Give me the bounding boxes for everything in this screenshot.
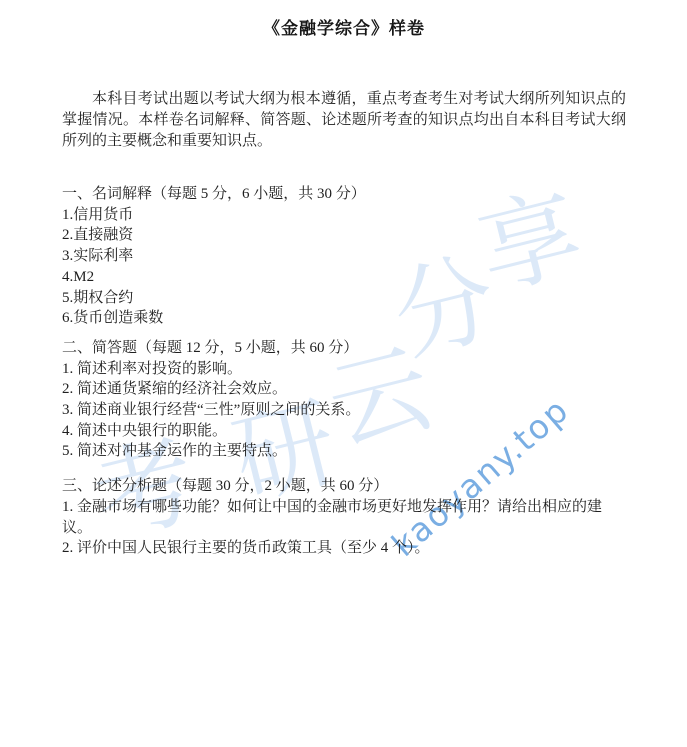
section-term-definitions: 一、名词解释（每题 5 分，6 小题，共 30 分） 1.信用货币 2.直接融资… [62,184,626,329]
question-item: 2.直接融资 [62,225,626,246]
section-essay-analysis: 三、论述分析题（每题 30 分，2 小题，共 60 分） 1. 金融市场有哪些功… [62,476,626,559]
document-page: 考 研 云 分 享 kaoyany.top 《金融学综合》样卷 本科目考试出题以… [0,0,687,747]
section-heading: 三、论述分析题（每题 30 分，2 小题，共 60 分） [62,476,626,497]
section-heading: 一、名词解释（每题 5 分，6 小题，共 30 分） [62,184,626,205]
question-item: 3.实际利率 [62,246,626,267]
question-item: 1. 金融市场有哪些功能？如何让中国的金融市场更好地发挥作用？请给出相应的建议。 [62,497,626,538]
question-item: 3. 简述商业银行经营“三性”原则之间的关系。 [62,400,626,421]
question-item: 2. 简述通货紧缩的经济社会效应。 [62,379,626,400]
question-item: 2. 评价中国人民银行主要的货币政策工具（至少 4 个）。 [62,538,626,559]
section-short-answer: 二、简答题（每题 12 分，5 小题，共 60 分） 1. 简述利率对投资的影响… [62,338,626,462]
section-heading: 二、简答题（每题 12 分，5 小题，共 60 分） [62,338,626,359]
exam-content: 《金融学综合》样卷 本科目考试出题以考试大纲为根本遵循，重点考查考生对考试大纲所… [0,0,687,559]
question-item: 4. 简述中央银行的职能。 [62,421,626,442]
question-item: 1.信用货币 [62,205,626,226]
question-item: 4.M2 [62,267,626,288]
intro-paragraph: 本科目考试出题以考试大纲为根本遵循，重点考查考生对考试大纲所列知识点的掌握情况。… [62,89,626,152]
question-item: 1. 简述利率对投资的影响。 [62,359,626,380]
question-item: 5. 简述对冲基金运作的主要特点。 [62,441,626,462]
page-title: 《金融学综合》样卷 [62,14,626,39]
question-item: 5.期权合约 [62,288,626,309]
question-item: 6.货币创造乘数 [62,308,626,329]
